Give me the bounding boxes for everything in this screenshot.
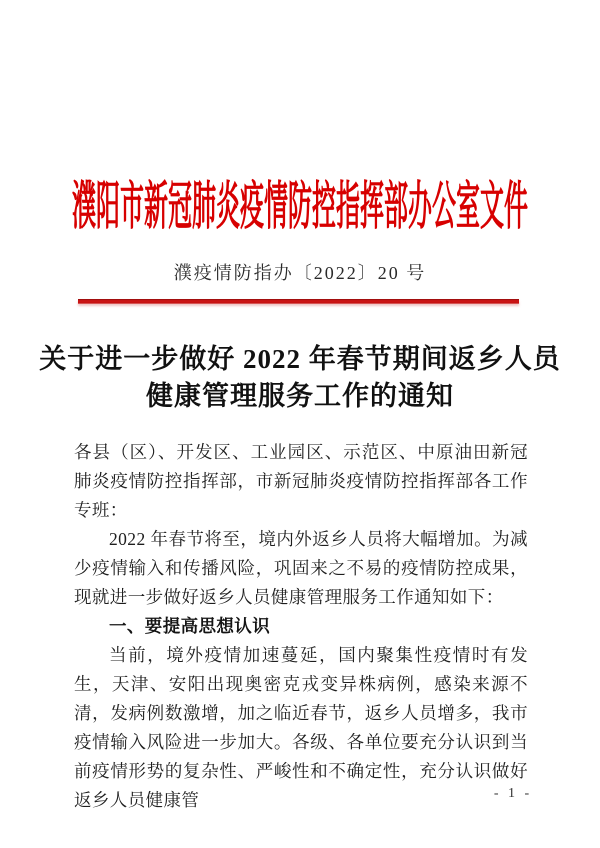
section-1-heading: 一、要提高思想认识	[74, 612, 528, 641]
red-divider-rule	[78, 299, 519, 304]
document-title-line2: 健康管理服务工作的通知	[0, 378, 600, 415]
document-body: 各县（区）、开发区、工业园区、示范区、中原油田新冠肺炎疫情防控指挥部，市新冠肺炎…	[74, 438, 528, 815]
document-title-line1: 关于进一步做好 2022 年春节期间返乡人员	[0, 341, 600, 378]
intro-paragraph: 2022 年春节将至，境内外返乡人员将大幅增加。为减少疫情输入和传播风险，巩固来…	[74, 525, 528, 612]
letterhead-red-title: 濮阳市新冠肺炎疫情防控指挥部办公室文件	[72, 178, 528, 236]
salutation-paragraph: 各县（区）、开发区、工业园区、示范区、中原油田新冠肺炎疫情防控指挥部，市新冠肺炎…	[74, 438, 528, 525]
letterhead-svg: 濮阳市新冠肺炎疫情防控指挥部办公室文件	[68, 174, 532, 238]
section-1-paragraph: 当前，境外疫情加速蔓延，国内聚集性疫情时有发生，天津、安阳出现奥密克戎变异株病例…	[74, 641, 528, 815]
document-title: 关于进一步做好 2022 年春节期间返乡人员 健康管理服务工作的通知	[0, 341, 600, 415]
letterhead-banner: 濮阳市新冠肺炎疫情防控指挥部办公室文件	[68, 174, 532, 238]
page-number: - 1 -	[478, 786, 548, 802]
document-number: 濮疫情防指办〔2022〕20 号	[0, 259, 600, 285]
document-page: 濮阳市新冠肺炎疫情防控指挥部办公室文件 濮疫情防指办〔2022〕20 号 关于进…	[0, 0, 600, 848]
